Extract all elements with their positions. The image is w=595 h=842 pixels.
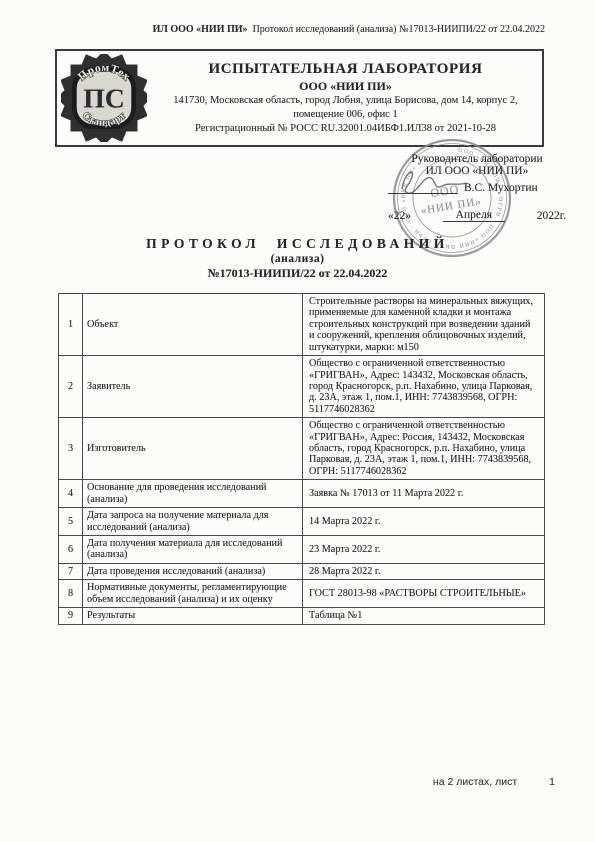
row-label: Дата проведения исследований (анализа) [83, 563, 303, 579]
approval-date-day: «22» [388, 210, 411, 222]
table-row: 9 Результаты Таблица №1 [59, 608, 545, 624]
lab-address-line2: помещение 006, офис 1 [157, 109, 534, 122]
page-footer: на 2 листах, лист 1 [433, 776, 555, 788]
row-label: Основание для проведения исследований (а… [83, 480, 303, 508]
running-header-text: Протокол исследований (анализа) №17013-Н… [253, 24, 545, 35]
row-number: 2 [59, 356, 83, 418]
row-value: Таблица №1 [303, 608, 545, 624]
approval-date-month: Апреля [443, 209, 505, 222]
document-page: ИЛ ООО «НИИ ПИ»Протокол исследований (ан… [0, 0, 595, 842]
row-number: 1 [59, 294, 83, 356]
running-header-org: ИЛ ООО «НИИ ПИ» [153, 24, 248, 35]
row-value: Строительные растворы на минеральных вяж… [303, 294, 545, 356]
row-label: Объект [83, 294, 303, 356]
approval-block: Руководитель лаборатории ИЛ ООО «НИИ ПИ»… [388, 153, 566, 222]
letterhead-text: ИСПЫТАТЕЛЬНАЯ ЛАБОРАТОРИЯ ООО «НИИ ПИ» 1… [157, 51, 534, 135]
approval-date-row: «22» Апреля 2022г. [388, 209, 566, 222]
table-row: 5 Дата запроса на получение материала дл… [59, 508, 545, 536]
signature-row: В.С. Мухортин [388, 180, 566, 194]
protocol-table: 1 Объект Строительные растворы на минера… [58, 293, 545, 625]
row-number: 4 [59, 480, 83, 508]
table-row: 8 Нормативные документы, регламентирующи… [59, 580, 545, 608]
document-title-block: ПРОТОКОЛ ИССЛЕДОВАНИЙ (анализа) №17013-Н… [0, 236, 595, 281]
lab-title: ИСПЫТАТЕЛЬНАЯ ЛАБОРАТОРИЯ [157, 60, 534, 78]
approver-name: В.С. Мухортин [464, 182, 538, 194]
promtech-standart-logo-icon: ПромТех ПС Стандарт [61, 54, 147, 142]
row-value: Общество с ограниченной ответственностью… [303, 356, 545, 418]
row-label: Дата запроса на получение материала для … [83, 508, 303, 536]
table-row: 1 Объект Строительные растворы на минера… [59, 294, 545, 356]
row-value: 28 Марта 2022 г. [303, 563, 545, 579]
row-value: Заявка № 17013 от 11 Марта 2022 г. [303, 480, 545, 508]
row-label: Изготовитель [83, 418, 303, 480]
table-row: 7 Дата проведения исследований (анализа)… [59, 563, 545, 579]
document-number: №17013-НИИПИ/22 от 22.04.2022 [0, 266, 595, 281]
running-header: ИЛ ООО «НИИ ПИ»Протокол исследований (ан… [153, 24, 545, 35]
row-label: Результаты [83, 608, 303, 624]
document-subtitle: (анализа) [0, 253, 595, 265]
letterhead-box: ПромТех ПС Стандарт ИСПЫТАТЕЛЬНАЯ ЛАБОРА… [55, 49, 544, 147]
approval-org: ИЛ ООО «НИИ ПИ» [388, 165, 566, 177]
row-value: 14 Марта 2022 г. [303, 508, 545, 536]
row-value: Общество с ограниченной ответственностью… [303, 418, 545, 480]
lab-address-line1: 141730, Московская область, город Лобня,… [157, 95, 534, 108]
row-label: Нормативные документы, регламентирующие … [83, 580, 303, 608]
row-label: Дата получения материала для исследовани… [83, 536, 303, 564]
table-row: 2 Заявитель Общество с ограниченной отве… [59, 356, 545, 418]
signature-line [388, 180, 458, 194]
row-number: 6 [59, 536, 83, 564]
footer-page-number: 1 [549, 776, 555, 788]
document-title: ПРОТОКОЛ ИССЛЕДОВАНИЙ [0, 236, 595, 252]
table-row: 4 Основание для проведения исследований … [59, 480, 545, 508]
table-row: 3 Изготовитель Общество с ограниченной о… [59, 418, 545, 480]
row-number: 8 [59, 580, 83, 608]
table-row: 6 Дата получения материала для исследова… [59, 536, 545, 564]
lab-registration: Регистрационный № РОСС RU.32001.04ИБФ1.И… [157, 123, 534, 136]
approval-role: Руководитель лаборатории [388, 153, 566, 165]
row-value: 23 Марта 2022 г. [303, 536, 545, 564]
row-label: Заявитель [83, 356, 303, 418]
row-number: 3 [59, 418, 83, 480]
row-value: ГОСТ 28013-98 «РАСТВОРЫ СТРОИТЕЛЬНЫЕ» [303, 580, 545, 608]
row-number: 5 [59, 508, 83, 536]
approval-date-year: 2022г. [537, 210, 566, 222]
row-number: 9 [59, 608, 83, 624]
row-number: 7 [59, 563, 83, 579]
footer-sheets-text: на 2 листах, лист [433, 776, 517, 788]
lab-org-name: ООО «НИИ ПИ» [157, 79, 534, 94]
logo-initials: ПС [83, 83, 125, 114]
